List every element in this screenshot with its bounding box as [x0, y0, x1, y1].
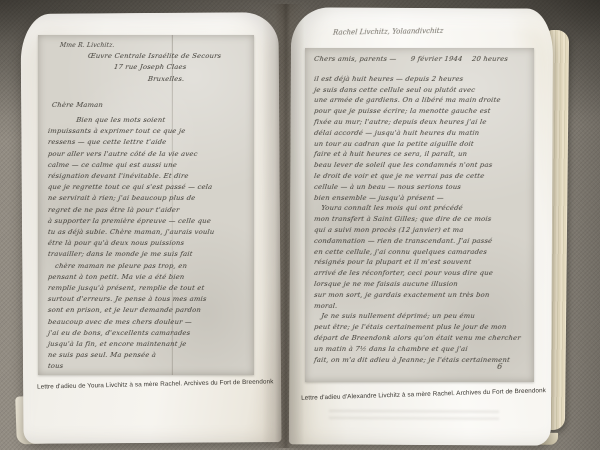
show-through-text — [329, 408, 499, 425]
handwriting-line: à supporter la première épreuve — celle … — [47, 216, 246, 227]
right-photo-caption: Lettre d'adieu d'Alexandre Livchitz à sa… — [301, 387, 546, 403]
handwriting-line: départ de Breendonk alors qu'on était ve… — [313, 333, 528, 344]
handwriting-line: résignation devant l'inévitable. Et dire — [47, 171, 246, 182]
left-page: Mme R. Livchitz. Œuvre Centrale Israélit… — [21, 12, 282, 444]
handwriting-line: sur mon sort, je gardais exactement un t… — [313, 290, 528, 301]
handwriting-line: pour que je puisse écrire; la menotte ga… — [313, 106, 528, 117]
handwriting-line: une armée de gardiens. On a libéré ma ma… — [313, 95, 528, 106]
handwriting-line: calme — ce calme qui est aussi une — [47, 160, 246, 171]
pencil-annotation: Rachel Livchitz, Yolaandivchitz — [333, 27, 444, 37]
left-photo-caption: Lettre d'adieu de Youra Livchitz à sa mè… — [37, 378, 273, 391]
address-line: Bruxelles. — [147, 74, 246, 85]
handwriting-line: ressens — que cette lettre t'aide — [47, 137, 246, 148]
handwriting-line: chère maman ne pleure pas trop, en — [47, 261, 246, 272]
handwriting-line: un matin à 7½ dans la chambre et que j'a… — [313, 344, 528, 355]
handwriting-line: impuissants à exprimer tout ce que je — [47, 126, 246, 137]
letter-body: Bien que les mots soientimpuissants à ex… — [48, 115, 246, 373]
handwriting-line: ne servirait à rien; j'ai beaucoup plus … — [47, 193, 246, 204]
handwriting-line: je suis dans cette cellule seul ou plutô… — [313, 85, 528, 96]
handwriting-line: tous — [47, 362, 246, 373]
letter-address-block: Œuvre Centrale Israélite de Secours17 ru… — [48, 51, 246, 85]
handwriting-line: lorsque je ne me faisais aucune illusion — [313, 279, 528, 290]
handwriting-line: résignés pour la plupart et il m'est sou… — [313, 257, 528, 268]
handwriting-line: sont en prison, et je leur demande pardo… — [47, 306, 246, 317]
handwriting-line: condamnation — rien de transcendant. J'a… — [313, 236, 528, 247]
handwriting-line: délai accordé — jusqu'à huit heures du m… — [313, 128, 528, 139]
right-page: Rachel Livchitz, Yolaandivchitz Chers am… — [289, 7, 553, 445]
handwriting-line: être là pour qu'à deux nous puissions — [47, 238, 246, 249]
letter-date-line: Chers amis, parents — 9 février 1944 20 … — [313, 54, 528, 65]
handwriting-line: remplie jusqu'à présent, remplie de tout… — [47, 283, 246, 294]
handwriting-line: beau lever de soleil que les condamnés n… — [313, 160, 528, 171]
handwriting-line: en cette cellule, j'ai connu quelques ca… — [313, 247, 528, 258]
letter-body: il est déjà huit heures — depuis 2 heure… — [314, 74, 528, 366]
handwriting-line: Je ne suis nullement déprimé; un peu ému — [313, 311, 528, 322]
left-letter-photo: Mme R. Livchitz. Œuvre Centrale Israélit… — [38, 35, 254, 375]
address-line: 17 rue Joseph Claes — [113, 62, 246, 73]
handwriting-line: pensant à ton petit. Ma vie a été bien — [47, 272, 246, 283]
handwriting-line: travailler; dans le monde je me suis fai… — [47, 249, 246, 260]
right-letter-photo: Chers amis, parents — 9 février 1944 20 … — [305, 48, 534, 382]
handwriting-line: pour aller vers l'autre côté de la vie a… — [47, 149, 246, 160]
handwriting-line: peut être; je l'étais certainement plus … — [313, 322, 528, 333]
handwriting-line: Youra connaît les mois qui ont précédé — [313, 203, 528, 214]
handwriting-line: Bien que les mots soient — [47, 115, 246, 126]
handwriting-line: regret de ne pas être là pour t'aider — [47, 205, 246, 216]
address-line: Œuvre Centrale Israélite de Secours — [87, 51, 246, 62]
page-mark: 6 — [496, 362, 503, 373]
handwriting-line: fixée au mur; l'autre; depuis deux heure… — [313, 117, 528, 128]
handwriting-line: mon transfert à Saint Gilles; que dire d… — [313, 214, 528, 225]
handwriting-line: qui a suivi mon procès (12 janvier) et m… — [313, 225, 528, 236]
handwriting-line: un tour au cadran que la petite aiguille… — [313, 139, 528, 150]
handwriting-line: bien ensemble — jusqu'à présent — — [313, 193, 528, 204]
letter-salutation: Chère Maman — [51, 100, 246, 111]
handwriting-line: beaucoup avec de mes chers douleur — — [47, 317, 246, 328]
handwriting-line: j'ai eu de bons, d'excellents camarades — [47, 328, 246, 339]
handwriting-line: jusqu'à la fin, et encore maintenant je — [47, 339, 246, 350]
handwriting-line: le droit de voir et que je ne verrai pas… — [313, 171, 528, 182]
handwriting-line: il est déjà huit heures — depuis 2 heure… — [313, 74, 528, 85]
handwriting-line: ne suis pas seul. Ma pensée à — [47, 350, 246, 361]
handwriting-line: tu as déjà subie. Chère maman, j'aurais … — [47, 227, 246, 238]
handwriting-line: cellule — à un beau — nous serions tous — [313, 182, 528, 193]
handwriting-line: faire et à huit heures ce sera, il paraî… — [313, 149, 528, 160]
handwriting-line: que je regrette tout ce qui s'est passé … — [47, 182, 246, 193]
letter-addressee: Mme R. Livchitz. — [59, 40, 246, 51]
handwriting-line: arrivé de les réconforter, ceci pour vou… — [313, 268, 528, 279]
handwriting-line: moral. — [313, 301, 528, 312]
photo-of-open-book: Mme R. Livchitz. Œuvre Centrale Israélit… — [0, 0, 600, 450]
handwriting-line: surtout d'erreurs. Je pense à tous mes a… — [47, 294, 246, 305]
